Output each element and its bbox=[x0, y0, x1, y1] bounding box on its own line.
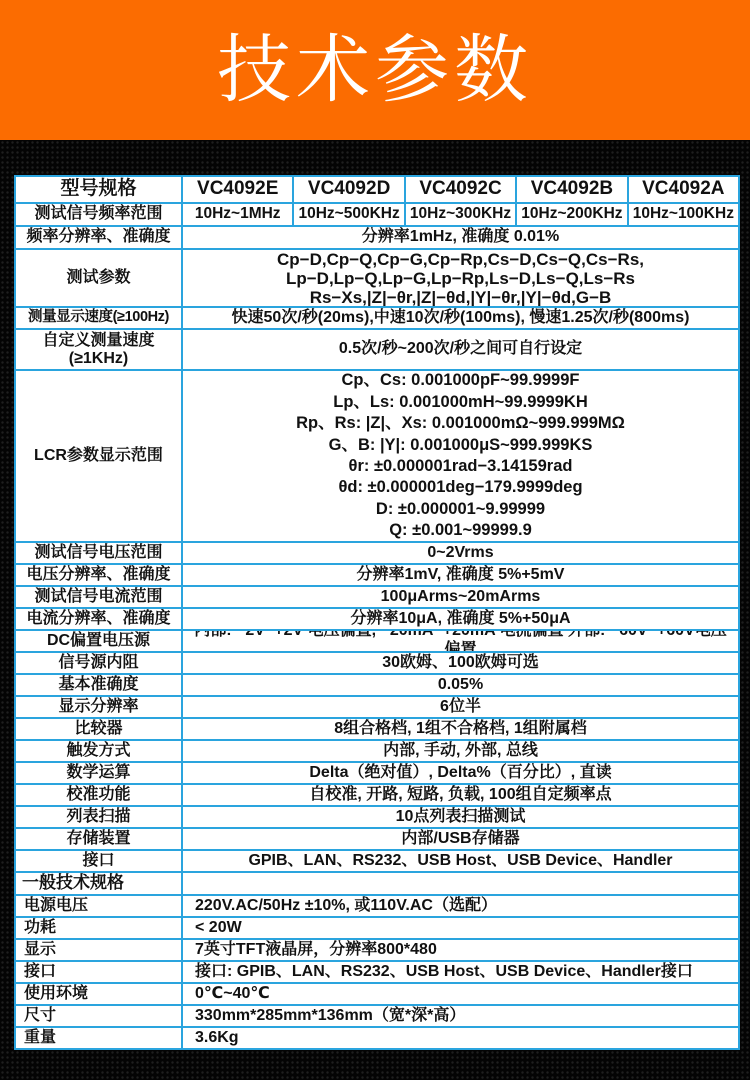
value-text: 100μArms~20mArms bbox=[381, 588, 541, 607]
value-line: G、B: |Y|: 0.001000μS~999.999KS bbox=[329, 435, 593, 456]
table-row: 接口GPIB、LAN、RS232、USB Host、USB Device、Han… bbox=[16, 849, 738, 871]
model-cell: VC4092C bbox=[404, 177, 515, 202]
value-text: 0~2Vrms bbox=[427, 544, 493, 563]
row-label-line: (≥1KHz) bbox=[69, 350, 128, 368]
model-cell: VC4092A bbox=[627, 177, 738, 202]
value-text: 0.05% bbox=[438, 676, 483, 695]
cell-text: VC4092D bbox=[308, 178, 390, 200]
cell-text: 10Hz~1MHz bbox=[195, 205, 281, 223]
row-value: 自校准, 开路, 短路, 负载, 100组自定频率点 bbox=[181, 785, 738, 805]
row-label: 存储装置 bbox=[16, 829, 181, 849]
value-line: Q: ±0.001~99999.9 bbox=[389, 520, 532, 541]
row-label: 型号规格 bbox=[16, 177, 181, 202]
row-value: 内部, 手动, 外部, 总线 bbox=[181, 741, 738, 761]
row-label: 数学运算 bbox=[16, 763, 181, 783]
value-line: θd: ±0.000001deg−179.9999deg bbox=[338, 477, 582, 498]
row-label: 显示分辨率 bbox=[16, 697, 181, 717]
row-label: 频率分辨率、准确度 bbox=[16, 227, 181, 248]
row-label: 电压分辨率、准确度 bbox=[16, 565, 181, 585]
row-value: 10点列表扫描测试 bbox=[181, 807, 738, 827]
cell-text: 10Hz~500KHz bbox=[298, 205, 399, 223]
value-line: D: ±0.000001~9.99999 bbox=[376, 499, 545, 520]
row-value: 内部: −2V~+2V 电压偏置, −20mA~+20mA 电流偏置 外部: −… bbox=[181, 631, 738, 651]
row-value: 330mm*285mm*136mm（宽*深*高） bbox=[181, 1006, 738, 1026]
cell-text: VC4092E bbox=[197, 178, 278, 200]
value-line: Cp、Cs: 0.001000pF~99.9999F bbox=[341, 371, 579, 392]
value-line: θr: ±0.000001rad−3.14159rad bbox=[349, 456, 573, 477]
row-value: Cp−D,Cp−Q,Cp−G,Cp−Rp,Cs−D,Cs−Q,Cs−Rs,Lp−… bbox=[181, 250, 738, 306]
row-label: 重量 bbox=[16, 1028, 181, 1048]
row-value: 内部/USB存储器 bbox=[181, 829, 738, 849]
table-row: 触发方式内部, 手动, 外部, 总线 bbox=[16, 739, 738, 761]
row-label: 测试参数 bbox=[16, 250, 181, 306]
value-cell: 10Hz~300KHz bbox=[404, 204, 515, 225]
table-row: 使用环境0℃~40℃ bbox=[16, 982, 738, 1004]
table-row: 电源电压220V.AC/50Hz ±10%, 或110V.AC（选配） bbox=[16, 894, 738, 916]
row-value: < 20W bbox=[181, 918, 738, 938]
row-value: GPIB、LAN、RS232、USB Host、USB Device、Handl… bbox=[181, 851, 738, 871]
value-text: 0.5次/秒~200次/秒之间可自行设定 bbox=[339, 340, 582, 359]
row-value: 快速50次/秒(20ms),中速10次/秒(100ms), 慢速1.25次/秒(… bbox=[181, 308, 738, 328]
row-label: 校准功能 bbox=[16, 785, 181, 805]
table-row: 存储装置内部/USB存储器 bbox=[16, 827, 738, 849]
row-value: 100μArms~20mArms bbox=[181, 587, 738, 607]
row-label: 功耗 bbox=[16, 918, 181, 938]
value-text: 接口: GPIB、LAN、RS232、USB Host、USB Device、H… bbox=[195, 963, 693, 982]
spec-table: 型号规格VC4092EVC4092DVC4092CVC4092BVC4092A测… bbox=[14, 175, 740, 1050]
table-row: 接口接口: GPIB、LAN、RS232、USB Host、USB Device… bbox=[16, 960, 738, 982]
table-row: 尺寸330mm*285mm*136mm（宽*深*高） bbox=[16, 1004, 738, 1026]
model-cell: VC4092D bbox=[292, 177, 403, 202]
value-text: 8组合格档, 1组不合格档, 1组附属档 bbox=[334, 720, 586, 739]
row-label: 电源电压 bbox=[16, 896, 181, 916]
value-text: 快速50次/秒(20ms),中速10次/秒(100ms), 慢速1.25次/秒(… bbox=[232, 309, 690, 328]
value-text: 3.6Kg bbox=[195, 1029, 239, 1048]
model-cell: VC4092B bbox=[515, 177, 626, 202]
row-label: 测量显示速度(≥100Hz) bbox=[16, 308, 181, 328]
table-row: 显示7英寸TFT液晶屏，分辨率800*480 bbox=[16, 938, 738, 960]
table-row: 测量显示速度(≥100Hz)快速50次/秒(20ms),中速10次/秒(100m… bbox=[16, 306, 738, 328]
table-row: 一般技术规格 bbox=[16, 871, 738, 894]
title-banner: 技术参数 bbox=[0, 0, 750, 140]
row-value: 0~2Vrms bbox=[181, 543, 738, 563]
row-value: 220V.AC/50Hz ±10%, 或110V.AC（选配） bbox=[181, 896, 738, 916]
table-row: 测试信号电流范围100μArms~20mArms bbox=[16, 585, 738, 607]
table-row: 功耗< 20W bbox=[16, 916, 738, 938]
row-label: 接口 bbox=[16, 962, 181, 982]
row-label: 测试信号电压范围 bbox=[16, 543, 181, 563]
value-text: 7英寸TFT液晶屏，分辨率800*480 bbox=[195, 941, 437, 960]
table-row: 显示分辨率6位半 bbox=[16, 695, 738, 717]
value-text: 内部: −2V~+2V 电压偏置, −20mA~+20mA 电流偏置 外部: −… bbox=[187, 631, 734, 651]
value-line: Lp、Ls: 0.001000mH~99.9999KH bbox=[333, 392, 588, 413]
row-value: 分辨率10μA, 准确度 5%+50μA bbox=[181, 609, 738, 629]
row-label: 使用环境 bbox=[16, 984, 181, 1004]
value-text: 330mm*285mm*136mm（宽*深*高） bbox=[195, 1007, 465, 1026]
value-cell: 10Hz~500KHz bbox=[292, 204, 403, 225]
table-row: 信号源内阻30欧姆、100欧姆可选 bbox=[16, 651, 738, 673]
value-cell: 10Hz~100KHz bbox=[627, 204, 738, 225]
table-row: 基本准确度0.05% bbox=[16, 673, 738, 695]
cell-text: VC4092C bbox=[419, 178, 501, 200]
value-text: 分辨率10μA, 准确度 5%+50μA bbox=[350, 610, 570, 629]
value-text: 自校准, 开路, 短路, 负载, 100组自定频率点 bbox=[309, 786, 611, 805]
page-title: 技术参数 bbox=[217, 33, 533, 107]
table-row: 频率分辨率、准确度分辨率1mHz, 准确度 0.01% bbox=[16, 225, 738, 248]
row-label-line: 自定义测量速度 bbox=[42, 332, 154, 350]
value-text: 10点列表扫描测试 bbox=[396, 808, 526, 827]
value-text: 30欧姆、100欧姆可选 bbox=[382, 654, 539, 673]
row-label: 基本准确度 bbox=[16, 675, 181, 695]
row-label: 接口 bbox=[16, 851, 181, 871]
row-label: 一般技术规格 bbox=[16, 873, 181, 894]
cell-text: 10Hz~300KHz bbox=[410, 205, 511, 223]
table-row: 电压分辨率、准确度分辨率1mV, 准确度 5%+5mV bbox=[16, 563, 738, 585]
row-label: DC偏置电压源 bbox=[16, 631, 181, 651]
value-cell: 10Hz~200KHz bbox=[515, 204, 626, 225]
row-value: 接口: GPIB、LAN、RS232、USB Host、USB Device、H… bbox=[181, 962, 738, 982]
row-value: 6位半 bbox=[181, 697, 738, 717]
cell-text: VC4092B bbox=[531, 178, 613, 200]
row-value: 0.05% bbox=[181, 675, 738, 695]
value-text: 内部/USB存储器 bbox=[401, 830, 519, 849]
value-text: 分辨率1mV, 准确度 5%+5mV bbox=[357, 566, 565, 585]
row-label: 信号源内阻 bbox=[16, 653, 181, 673]
table-row: 自定义测量速度(≥1KHz)0.5次/秒~200次/秒之间可自行设定 bbox=[16, 328, 738, 369]
table-row: 数学运算Delta（绝对值）, Delta%（百分比）, 直读 bbox=[16, 761, 738, 783]
cell-text: VC4092A bbox=[642, 178, 724, 200]
row-label: 电流分辨率、准确度 bbox=[16, 609, 181, 629]
table-row: 比较器8组合格档, 1组不合格档, 1组附属档 bbox=[16, 717, 738, 739]
value-text: 220V.AC/50Hz ±10%, 或110V.AC（选配） bbox=[195, 897, 497, 916]
row-value: 30欧姆、100欧姆可选 bbox=[181, 653, 738, 673]
value-text: < 20W bbox=[195, 919, 242, 938]
value-text: Delta（绝对值）, Delta%（百分比）, 直读 bbox=[309, 764, 611, 783]
row-label: 触发方式 bbox=[16, 741, 181, 761]
value-line: Lp−D,Lp−Q,Lp−G,Lp−Rp,Ls−D,Ls−Q,Ls−Rs bbox=[286, 269, 635, 288]
value-text: 分辨率1mHz, 准确度 0.01% bbox=[362, 228, 559, 247]
value-text: 内部, 手动, 外部, 总线 bbox=[383, 742, 538, 761]
row-value: 3.6Kg bbox=[181, 1028, 738, 1048]
table-row: 测试参数Cp−D,Cp−Q,Cp−G,Cp−Rp,Cs−D,Cs−Q,Cs−Rs… bbox=[16, 248, 738, 306]
cell-text: 10Hz~100KHz bbox=[633, 205, 734, 223]
table-row: 电流分辨率、准确度分辨率10μA, 准确度 5%+50μA bbox=[16, 607, 738, 629]
table-row: 型号规格VC4092EVC4092DVC4092CVC4092BVC4092A bbox=[16, 177, 738, 202]
value-text: 6位半 bbox=[440, 698, 481, 717]
row-value: 7英寸TFT液晶屏，分辨率800*480 bbox=[181, 940, 738, 960]
row-label: 自定义测量速度(≥1KHz) bbox=[16, 330, 181, 369]
table-row: 重量3.6Kg bbox=[16, 1026, 738, 1048]
table-row: LCR参数显示范围Cp、Cs: 0.001000pF~99.9999FLp、Ls… bbox=[16, 369, 738, 541]
table-row: 测试信号电压范围0~2Vrms bbox=[16, 541, 738, 563]
row-value: 0.5次/秒~200次/秒之间可自行设定 bbox=[181, 330, 738, 369]
table-row: 测试信号频率范围10Hz~1MHz10Hz~500KHz10Hz~300KHz1… bbox=[16, 202, 738, 225]
value-text: 0℃~40℃ bbox=[195, 985, 270, 1004]
row-label: 显示 bbox=[16, 940, 181, 960]
value-text: GPIB、LAN、RS232、USB Host、USB Device、Handl… bbox=[248, 852, 672, 871]
row-value: 0℃~40℃ bbox=[181, 984, 738, 1004]
table-row: 列表扫描10点列表扫描测试 bbox=[16, 805, 738, 827]
value-line: Rp、Rs: |Z|、Xs: 0.001000mΩ~999.999MΩ bbox=[296, 413, 625, 434]
row-label: LCR参数显示范围 bbox=[16, 371, 181, 541]
row-label: 尺寸 bbox=[16, 1006, 181, 1026]
value-line: Cp−D,Cp−Q,Cp−G,Cp−Rp,Cs−D,Cs−Q,Cs−Rs, bbox=[277, 250, 644, 269]
cell-text: 10Hz~200KHz bbox=[521, 205, 622, 223]
row-value: 8组合格档, 1组不合格档, 1组附属档 bbox=[181, 719, 738, 739]
row-label: 比较器 bbox=[16, 719, 181, 739]
row-value: 分辨率1mHz, 准确度 0.01% bbox=[181, 227, 738, 248]
value-cell: 10Hz~1MHz bbox=[181, 204, 292, 225]
row-value: Cp、Cs: 0.001000pF~99.9999FLp、Ls: 0.00100… bbox=[181, 371, 738, 541]
table-row: 校准功能自校准, 开路, 短路, 负载, 100组自定频率点 bbox=[16, 783, 738, 805]
row-label: 测试信号频率范围 bbox=[16, 204, 181, 225]
value-line: Rs−Xs,|Z|−θr,|Z|−θd,|Y|−θr,|Y|−θd,G−B bbox=[310, 288, 612, 307]
row-value: Delta（绝对值）, Delta%（百分比）, 直读 bbox=[181, 763, 738, 783]
row-value: 分辨率1mV, 准确度 5%+5mV bbox=[181, 565, 738, 585]
table-row: DC偏置电压源内部: −2V~+2V 电压偏置, −20mA~+20mA 电流偏… bbox=[16, 629, 738, 651]
row-label: 测试信号电流范围 bbox=[16, 587, 181, 607]
row-label: 列表扫描 bbox=[16, 807, 181, 827]
model-cell: VC4092E bbox=[181, 177, 292, 202]
row-value bbox=[181, 873, 738, 894]
page-background: 技术参数 型号规格VC4092EVC4092DVC4092CVC4092BVC4… bbox=[0, 0, 750, 1080]
